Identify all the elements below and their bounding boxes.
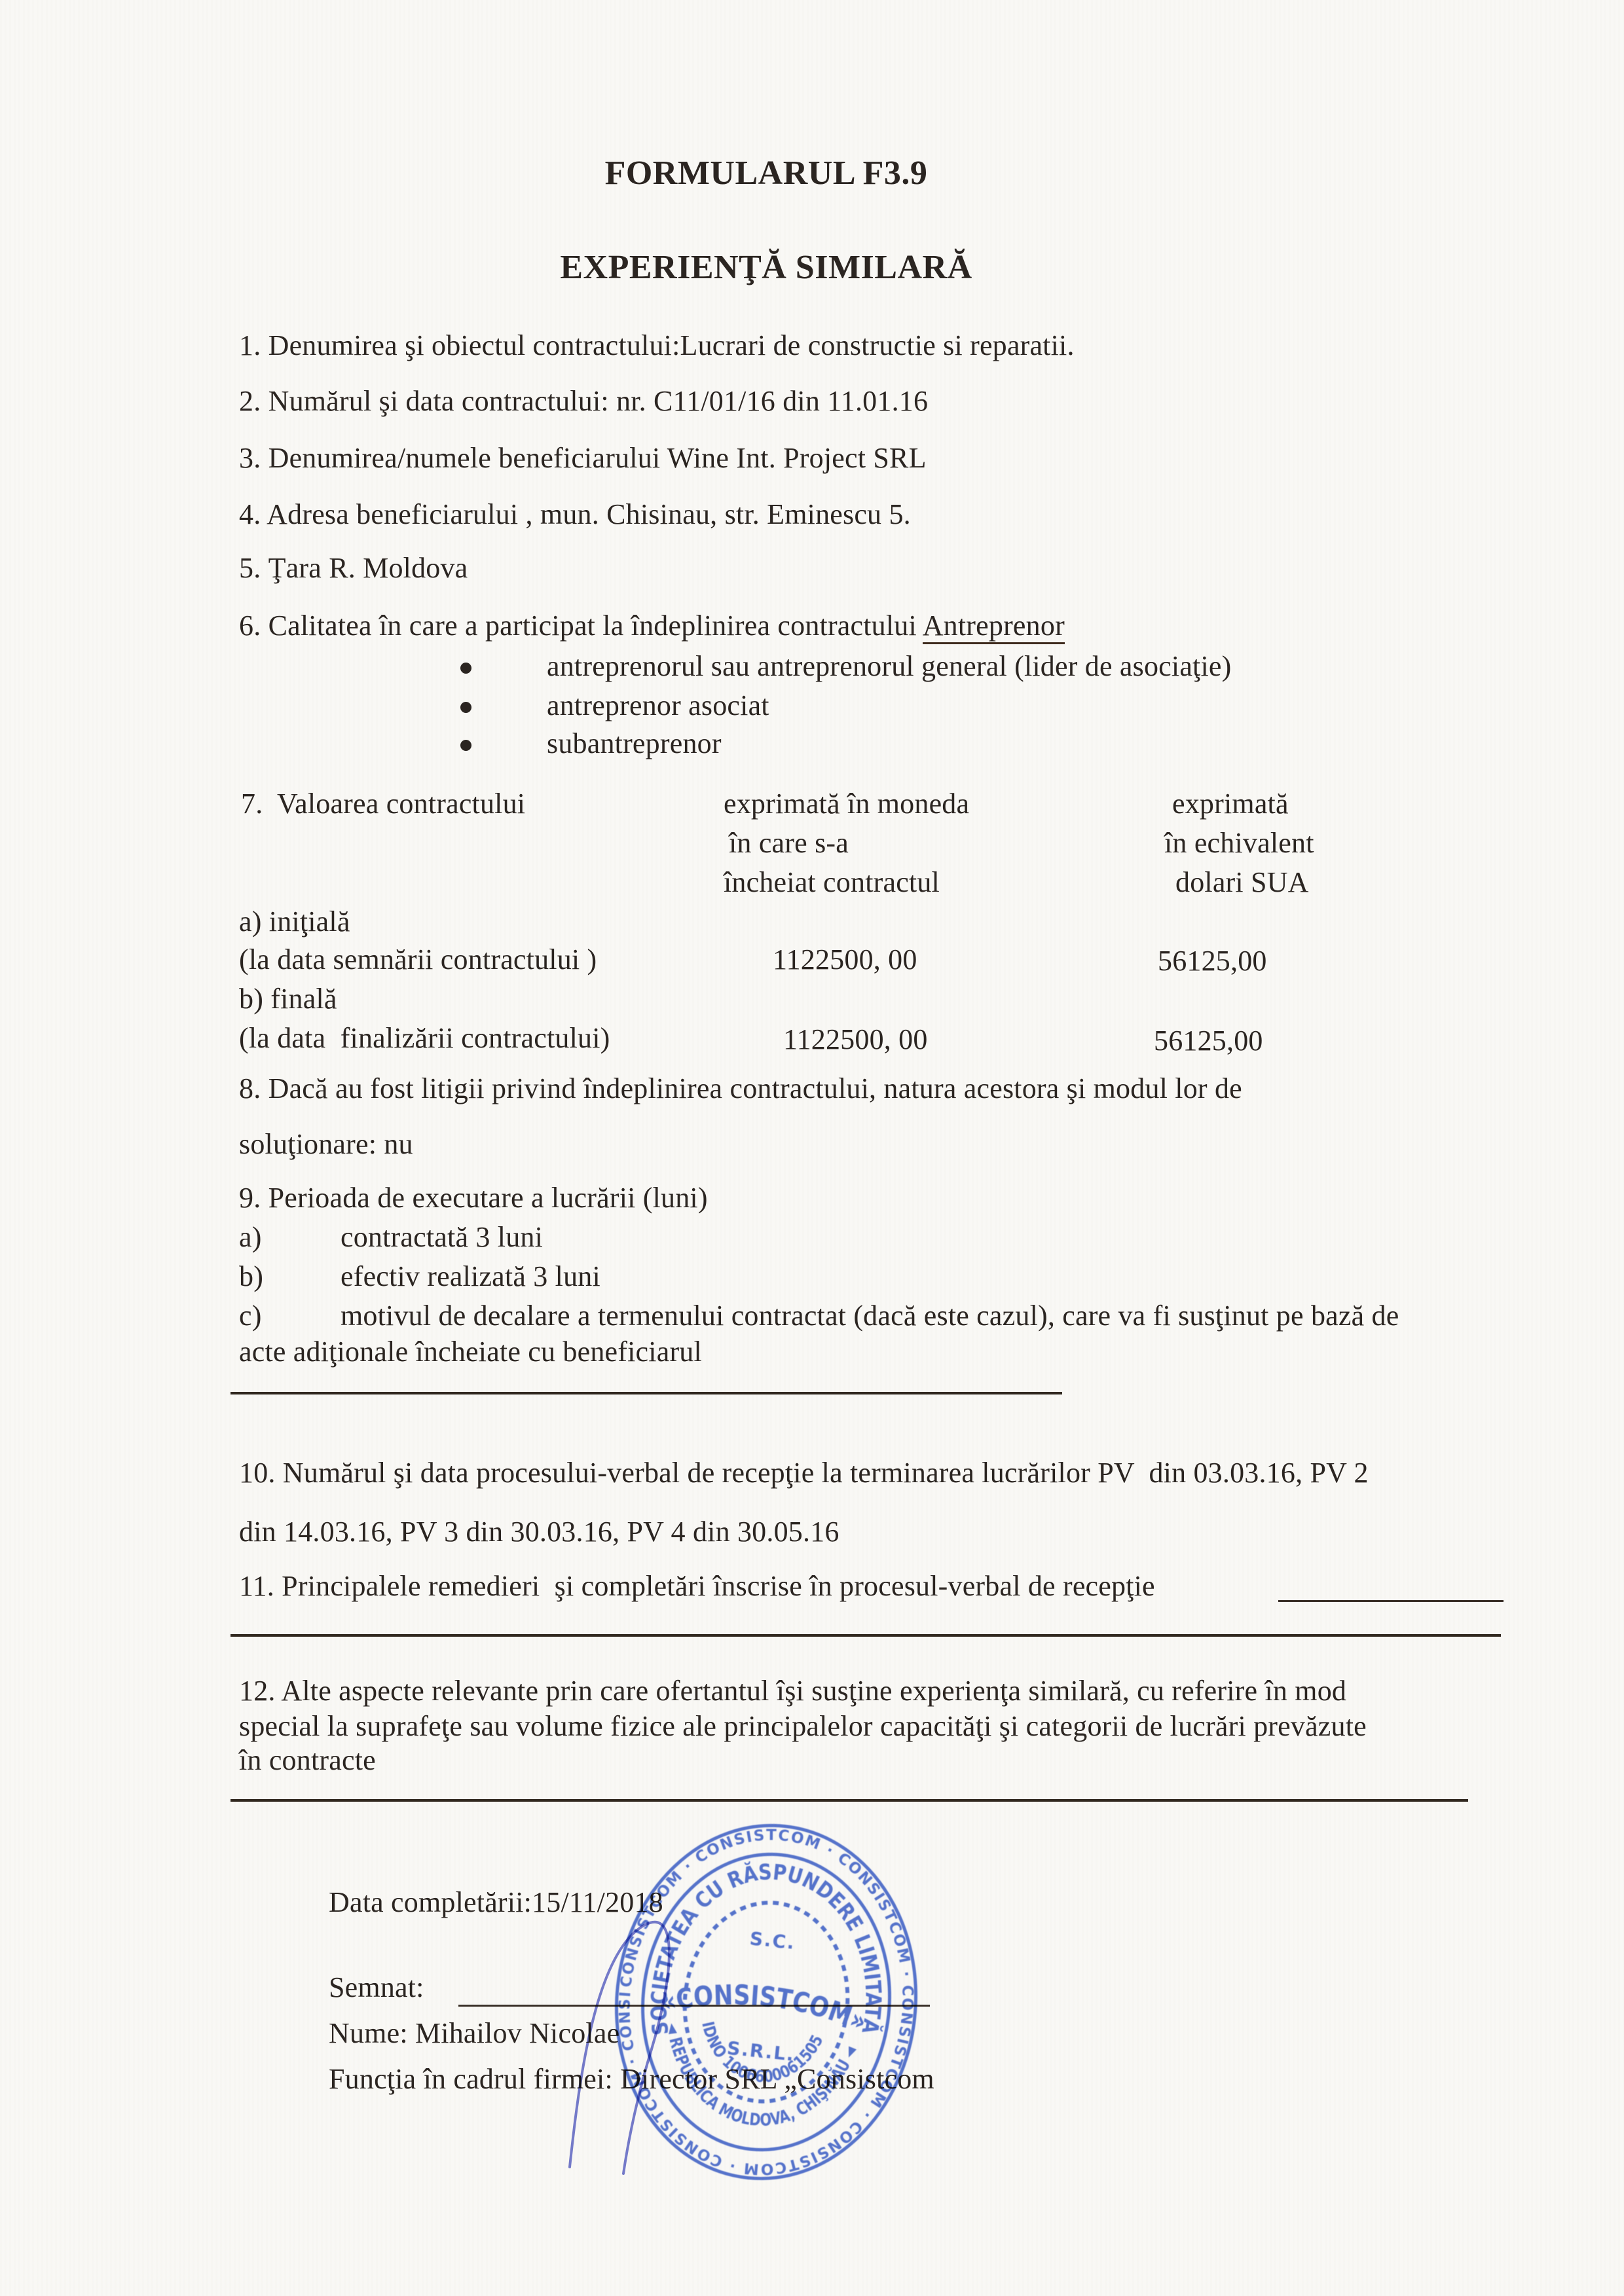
bullet-dot-icon [460,702,471,713]
bullet-item-2: antreprenor asociat [547,687,769,723]
bullet-item-1: antreprenorul sau antreprenorul general … [547,648,1231,684]
col-moneda-line-1: exprimată în moneda [724,786,969,822]
bullet-dot-icon [460,740,471,751]
item-7-label: 7. Valoarea contractului [241,786,525,822]
row-a-value-echivalent: 56125,00 [1158,943,1267,979]
item-10-line-1: 10. Numărul şi data procesului-verbal de… [239,1455,1369,1491]
item-9a-marker: a) [239,1219,262,1255]
row-b-sublabel: (la data finalizării contractului) [239,1020,610,1056]
row-b-label: b) finală [239,981,337,1017]
stamp-seal-icon: CONSISTCOM · CONSISTCOM · CONSISTCOM · C… [574,1800,958,2204]
form-subtitle: EXPERIENŢĂ SIMILARĂ [0,246,1532,289]
col-moneda-line-3: încheiat contractul [724,864,940,900]
scanned-form-page: FORMULARUL F3.9 EXPERIENŢĂ SIMILARĂ 1. D… [0,0,1624,2296]
row-a-label: a) iniţială [239,903,350,939]
item-12-line-1: 12. Alte aspecte relevante prin care ofe… [239,1673,1346,1709]
company-stamp: CONSISTCOM · CONSISTCOM · CONSISTCOM · C… [574,1800,958,2204]
signed-label: Semnat: [329,1969,424,2005]
row-b-value-moneda: 1122500, 00 [783,1021,928,1057]
bullet-item-3: subantreprenor [547,725,722,761]
item-6-value-underlined: Antreprenor [923,610,1065,644]
col-echivalent-line-3: dolari SUA [1175,864,1309,900]
item-11: 11. Principalele remedieri şi completări… [239,1568,1155,1604]
stamp-sc-text: S.C. [748,1927,796,1954]
item-11-fill-in-line [1278,1600,1504,1602]
item-8-line-2: soluţionare: nu [239,1126,413,1162]
item-6-text: 6. Calitatea în care a participat la înd… [239,610,923,642]
item-12-line-3: în contracte [239,1742,376,1778]
item-5: 5. Ţara R. Moldova [239,550,468,586]
form-title: FORMULARUL F3.9 [0,152,1532,194]
item-3: 3. Denumirea/numele beneficiarului Wine … [239,440,927,476]
col-echivalent-line-2: în echivalent [1164,825,1314,861]
row-a-value-moneda: 1122500, 00 [773,941,917,977]
row-b-value-echivalent: 56125,00 [1154,1023,1263,1059]
item-8-line-1: 8. Dacă au fost litigii privind îndeplin… [239,1070,1242,1106]
item-6: 6. Calitatea în care a participat la înd… [239,608,1065,644]
item-2: 2. Numărul şi data contractului: nr. C11… [239,383,928,419]
item-4: 4. Adresa beneficiarului , mun. Chisinau… [239,496,911,532]
horizontal-rule-3 [231,1799,1468,1802]
item-9a-text: contractată 3 luni [341,1219,543,1255]
item-9b-text: efectiv realizată 3 luni [341,1258,600,1294]
item-1: 1. Denumirea şi obiectul contractului:Lu… [239,327,1075,363]
item-9c-marker: c) [239,1298,262,1334]
item-9c-text-line-1: motivul de decalare a termenului contrac… [341,1298,1399,1334]
item-9b-marker: b) [239,1258,263,1294]
col-moneda-line-2: în care s-a [729,825,849,861]
item-12-line-2: special la suprafeţe sau volume fizice a… [239,1708,1367,1744]
col-echivalent-line-1: exprimată [1172,786,1289,822]
item-9c-text-line-2: acte adiţionale încheiate cu beneficiaru… [239,1334,702,1370]
horizontal-rule-2 [231,1634,1501,1637]
item-9-title: 9. Perioada de executare a lucrării (lun… [239,1180,708,1216]
horizontal-rule-1 [231,1392,1062,1394]
bullet-dot-icon [460,663,471,674]
item-10-line-2: din 14.03.16, PV 3 din 30.03.16, PV 4 di… [239,1514,840,1550]
row-a-sublabel: (la data semnării contractului ) [239,941,597,977]
